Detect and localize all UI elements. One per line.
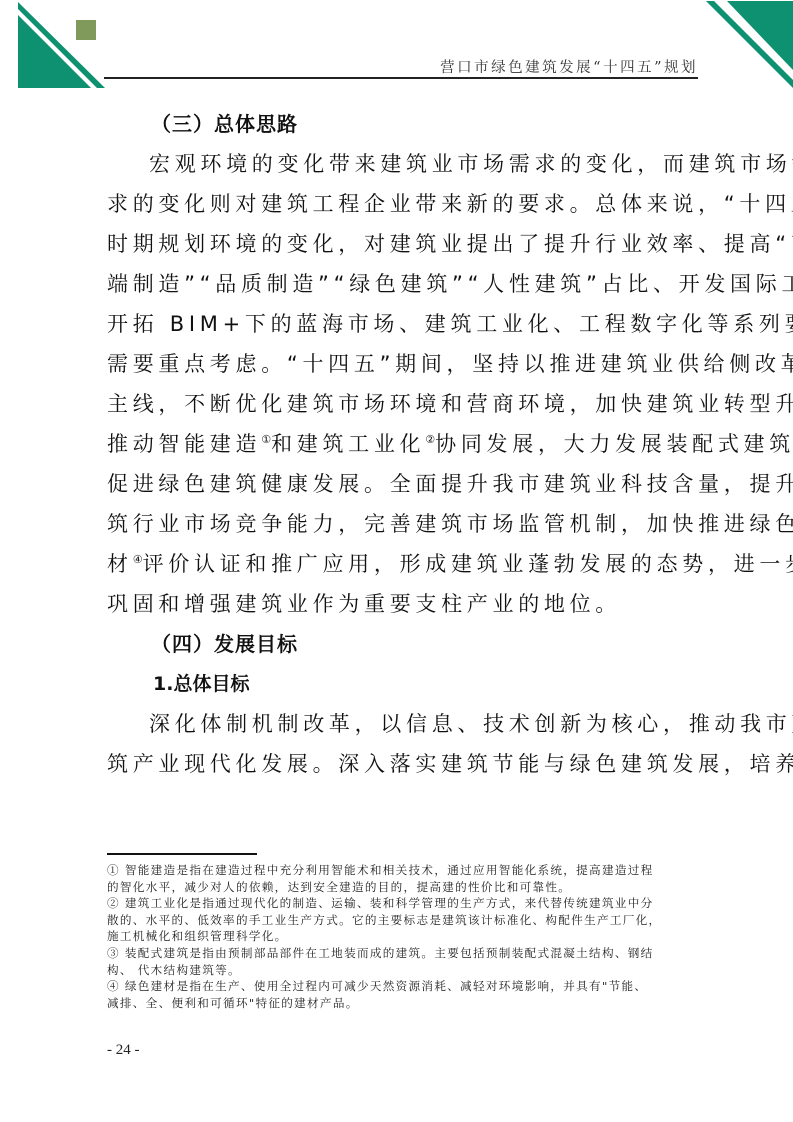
text-line: 巩固和增强建筑业作为重要支柱产业的地位。 [107, 584, 695, 624]
text-segment: 评价认证和推广应用，形成建筑业蓬勃发展的态势，进一步 [143, 552, 793, 576]
running-header-title: 营口市绿色建筑发展“十四五”规划 [440, 56, 698, 77]
footnotes: ① 智能建造是指在建造过程中充分利用智能术和相关技术，通过应用智能化系统，提高建… [107, 862, 697, 1011]
footnote-separator [107, 853, 257, 855]
footnote-line: ③ 装配式建筑是指由预制部品部件在工地装而成的建筑。主要包括预制装配式混凝土结构… [107, 945, 697, 962]
text-line: 开拓 BIM+下的蓝海市场、建筑工业化、工程数字化等系列要求 [107, 304, 695, 344]
olive-square-icon [76, 20, 96, 40]
text-line: 促进绿色建筑健康发展。全面提升我市建筑业科技含量，提升建 [107, 464, 695, 504]
text-line-with-footnotes: 材④评价认证和推广应用，形成建筑业蓬勃发展的态势，进一步 [107, 544, 695, 584]
footnote-line: 施工机械化和组织管理科学化。 [107, 928, 697, 945]
footnote-line: ① 智能建造是指在建造过程中充分利用智能术和相关技术，通过应用智能化系统，提高建… [107, 862, 697, 879]
corner-decoration-right [700, 0, 793, 92]
footnote-3: ③ 装配式建筑是指由预制部品部件在工地装而成的建筑。主要包括预制装配式混凝土结构… [107, 945, 697, 978]
text-segment: 和建筑工业化 [271, 432, 425, 456]
text-segment: 推动智能建造 [107, 432, 261, 456]
footnote-line: 的智化水平，减少对人的依赖，达到安全建造的目的，提高建的性价比和可靠性。 [107, 879, 697, 896]
footnote-line: ④ 绿色建材是指在生产、使用全过程内可减少天然资源消耗、减轻对环境影响，并具有"… [107, 978, 697, 995]
text-line: 求的变化则对建筑工程企业带来新的要求。总体来说，“十四五” [107, 184, 695, 224]
text-line: 需要重点考虑。“十四五”期间，坚持以推进建筑业供给侧改革为 [107, 344, 695, 384]
footnote-line: 散的、水平的、低效率的手工业生产方式。它的主要标志是建筑该计标准化、构配件生产工… [107, 912, 697, 929]
corner-decoration-left [0, 0, 110, 92]
page-body: （三）总体思路 宏观环境的变化带来建筑业市场需求的变化，而建筑市场需 求的变化则… [107, 104, 695, 784]
footnote-line: 构、 代木结构建筑等。 [107, 962, 697, 979]
footnote-4: ④ 绿色建材是指在生产、使用全过程内可减少天然资源消耗、减轻对环境影响，并具有"… [107, 978, 697, 1011]
text-line: 筑产业现代化发展。深入落实建筑节能与绿色建筑发展，培养建 [107, 744, 695, 784]
subsection-heading-overall-goals: 1.总体目标 [107, 664, 695, 704]
text-segment: 协同发展，大力发展装配式建筑 [435, 432, 793, 456]
paragraph-overall-approach: 宏观环境的变化带来建筑业市场需求的变化，而建筑市场需 求的变化则对建筑工程企业带… [107, 144, 695, 624]
section-heading-development-goals: （四）发展目标 [107, 624, 695, 664]
text-line: 深化体制机制改革，以信息、技术创新为核心，推动我市建 [107, 704, 695, 744]
section-heading-overall-approach: （三）总体思路 [107, 104, 695, 144]
text-line: 端制造”“品质制造”“绿色建筑”“人性建筑”占比、开发国际工程、 [107, 264, 695, 304]
text-segment: 材 [107, 552, 133, 576]
text-line-with-footnotes: 推动智能建造①和建筑工业化②协同发展，大力发展装配式建筑③， [107, 424, 695, 464]
footnote-ref-1[interactable]: ① [261, 433, 271, 446]
footnote-line: 减排、全、便利和可循环"特征的建材产品。 [107, 995, 697, 1012]
footnote-1: ① 智能建造是指在建造过程中充分利用智能术和相关技术，通过应用智能化系统，提高建… [107, 862, 697, 895]
text-line: 主线，不断优化建筑市场环境和营商环境，加快建筑业转型升级， [107, 384, 695, 424]
paragraph-overall-goals: 深化体制机制改革，以信息、技术创新为核心，推动我市建 筑产业现代化发展。深入落实… [107, 704, 695, 784]
text-line: 时期规划环境的变化，对建筑业提出了提升行业效率、提高“高 [107, 224, 695, 264]
text-line: 筑行业市场竞争能力，完善建筑市场监管机制，加快推进绿色建 [107, 504, 695, 544]
footnote-2: ② 建筑工业化是指通过现代化的制造、运输、装和科学管理的生产方式，来代替传统建筑… [107, 895, 697, 945]
footnote-ref-2[interactable]: ② [425, 433, 435, 446]
footnote-ref-4[interactable]: ④ [133, 553, 143, 566]
header-divider [104, 77, 698, 79]
page-number: - 24 - [107, 1042, 140, 1059]
footnote-line: ② 建筑工业化是指通过现代化的制造、运输、装和科学管理的生产方式，来代替传统建筑… [107, 895, 697, 912]
text-line: 宏观环境的变化带来建筑业市场需求的变化，而建筑市场需 [107, 144, 695, 184]
